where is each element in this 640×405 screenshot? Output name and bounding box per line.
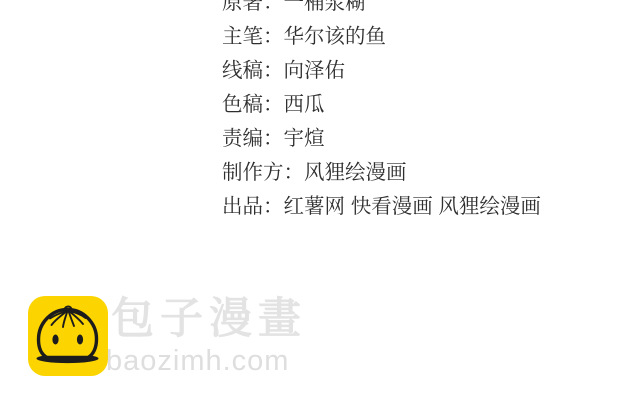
credit-line-production: 制作方：风狸绘漫画 xyxy=(222,156,541,190)
comic-credits-page: 原著：一桶浆糊 主笔：华尔该的鱼 线稿：向泽佑 色稿：西瓜 责编：宇煊 制作方：… xyxy=(0,0,640,405)
site-url: baozimh.com xyxy=(106,347,289,376)
credit-line-editor: 责编：宇煊 xyxy=(222,122,541,156)
baozi-bun-icon xyxy=(28,296,108,376)
credit-line-coloring: 色稿：西瓜 xyxy=(222,88,541,122)
credit-line-lead-artist: 主笔：华尔该的鱼 xyxy=(222,20,541,54)
credit-line-original-author: 原著：一桶浆糊 xyxy=(222,0,541,20)
credit-line-publisher: 出品：红薯网 快看漫画 风狸绘漫画 xyxy=(222,190,541,224)
credit-line-line-art: 线稿：向泽佑 xyxy=(222,54,541,88)
site-name: 包子漫畫 xyxy=(111,298,307,341)
credits-block: 原著：一桶浆糊 主笔：华尔该的鱼 线稿：向泽佑 色稿：西瓜 责编：宇煊 制作方：… xyxy=(222,0,541,224)
